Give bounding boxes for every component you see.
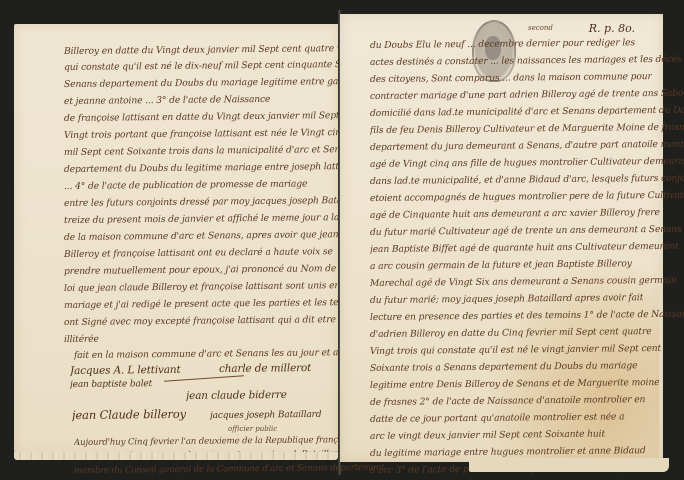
signature: jean baptiste balet bbox=[70, 379, 152, 390]
text-line: et jeanne antoine ... 3° de l'acte de Na… bbox=[64, 94, 270, 107]
text-line: entre les futurs conjoints dressé par mo… bbox=[64, 195, 377, 209]
text-line: fait en la maison commune d'arc et Senan… bbox=[74, 347, 344, 361]
text-line: a dix heures du matin par devant moy jac… bbox=[74, 449, 343, 462]
text-line: etoient accompagnés de hugues montrolier… bbox=[370, 190, 684, 204]
signature: jacques joseph Bataillard bbox=[210, 410, 322, 421]
text-line: datte de ce jour portant qu'anatoile mon… bbox=[370, 411, 625, 425]
text-line: illitérée bbox=[64, 334, 99, 345]
text-line: Soixante trois a Senans departement du D… bbox=[370, 360, 637, 374]
text-line: d'arc 3° de l'acte de publication de pro… bbox=[370, 462, 628, 476]
text-line: Billeroy en datte du Vingt deux janvier … bbox=[64, 43, 383, 57]
signature: charle de millerot bbox=[219, 362, 311, 375]
text-line: domicilié dans lad.te municipalité d'arc… bbox=[370, 105, 684, 119]
text-line: d'adrien Billeroy en datte du Cinq fevri… bbox=[370, 326, 652, 340]
left-page: Billeroy en datte du Vingt deux janvier … bbox=[14, 24, 338, 456]
right-page: second R. p. 8o. du Doubs Elu le neuf ..… bbox=[340, 14, 663, 462]
text-line: mariage et j'ai redigé le present acte q… bbox=[64, 297, 366, 311]
text-line: dans lad.te municipalité, et d'anne Bida… bbox=[370, 173, 684, 187]
text-line: Marechal agé de Vingt Six ans demeurant … bbox=[370, 275, 677, 289]
text-line: mil Sept cent Soixante trois dans la mun… bbox=[64, 144, 356, 158]
text-line: actes destinés a constater ... les naiss… bbox=[370, 54, 682, 68]
text-line: contracter mariage d'une part adrien Bil… bbox=[370, 88, 684, 102]
text-line: a arc cousin germain de la future et jea… bbox=[370, 258, 632, 272]
text-line: des citoyens, Sont comparus ... dans la … bbox=[370, 71, 652, 85]
text-line: agé de Vingt cinq ans fille de hugues mo… bbox=[370, 156, 684, 170]
text-line: du legitime mariage entre hugues montrol… bbox=[370, 445, 646, 459]
left-page-text: Billeroy en datte du Vingt deux janvier … bbox=[14, 24, 338, 456]
text-line: arc le vingt deux janvier mil Sept cent … bbox=[370, 429, 605, 442]
text-line: ... 4° de l'acte de publication de prome… bbox=[64, 178, 307, 192]
text-line: Aujourd'huy Cinq fevrier l'an deuxieme d… bbox=[74, 435, 355, 448]
text-line: de la maison commune d'arc et Senans, ap… bbox=[64, 229, 371, 243]
signature: jean Claude billeroy bbox=[72, 407, 186, 422]
text-line: fils de feu Denis Billeroy Cultivateur e… bbox=[370, 122, 684, 136]
text-line: du futur marié Cultivateur agé de trente… bbox=[370, 224, 682, 238]
text-line: du futur marié; moy jaques joseph Batail… bbox=[370, 292, 643, 306]
text-line: agé de Cinquante huit ans demeurant a ar… bbox=[370, 207, 660, 221]
text-line: du Doubs Elu le neuf ... decembre dernie… bbox=[370, 37, 635, 51]
signature: jean claude biderre bbox=[186, 389, 287, 402]
text-line: legitime entre Denis Billeroy de Senans … bbox=[370, 377, 659, 391]
text-line: prendre mutuellement pour epoux, j'ai pr… bbox=[64, 263, 347, 277]
text-line: Vingt trois qui constate qu'il est né le… bbox=[370, 343, 661, 357]
signature: Jacques A. L lettivant bbox=[70, 364, 181, 377]
right-page-text: du Doubs Elu le neuf ... decembre dernie… bbox=[340, 14, 663, 462]
text-line: qui constate qu'il est né le dix-neuf mi… bbox=[64, 59, 357, 73]
text-line: jean Baptiste Biffet agé de quarante hui… bbox=[370, 241, 679, 255]
text-line: Vingt trois portant que françoise lattis… bbox=[64, 127, 370, 141]
text-line: departement du Doubs du legitime mariage… bbox=[64, 161, 373, 175]
text-line: ont Signé avec moy excepté françoise lat… bbox=[64, 314, 336, 328]
text-line: loi que jean claude Billeroy et françois… bbox=[64, 280, 340, 294]
signature-flourish bbox=[164, 375, 244, 382]
text-line: treize du present mois de janvier et aff… bbox=[64, 212, 366, 226]
text-line: de frasnes 2° de l'acte de Naissance d'a… bbox=[370, 394, 645, 408]
text-line: Billeroy et françoise lattisant ont eu d… bbox=[64, 246, 333, 260]
text-line: lecture en presence des parties et des t… bbox=[370, 309, 684, 323]
signature-title: officier public bbox=[228, 425, 277, 433]
text-line: departement du jura demeurant a Senans, … bbox=[370, 138, 684, 153]
